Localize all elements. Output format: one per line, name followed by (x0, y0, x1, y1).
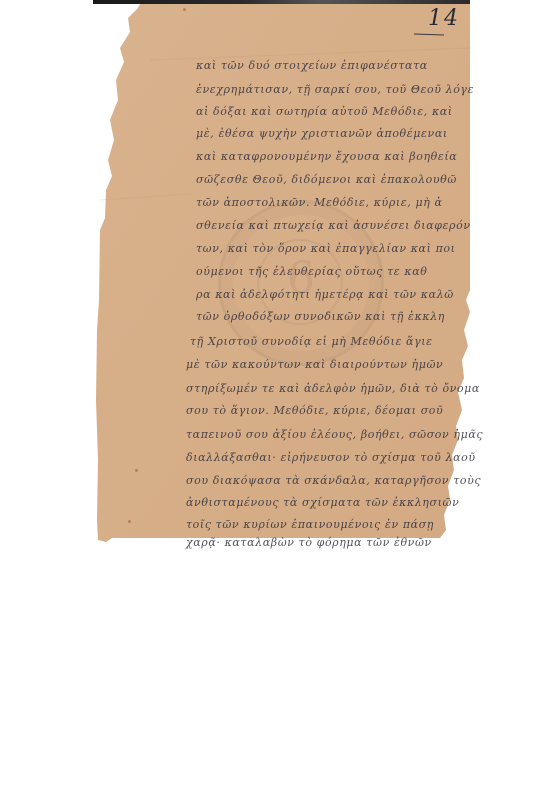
text-line: ἀνθισταμένους τὰ σχίσματα τῶν ἐκκλησιῶν (186, 496, 459, 509)
paper-sheet (0, 0, 549, 800)
text-line: ταπεινοῦ σου ἀξίου ἐλέους, βοήθει, σῶσον… (186, 428, 483, 441)
text-line: σῶζεσθε Θεοῦ, διδόμενοι καὶ ἐπακολουθῶ (196, 173, 457, 186)
text-line: τοῖς τῶν κυρίων ἐπαινουμένοις ἐν πάσῃ (186, 518, 434, 531)
text-line: καὶ καταφρονουμένην ἔχουσα καὶ βοηθεία (196, 150, 457, 163)
text-line: διαλλάξασθαι· εἰρήνευσον τὸ σχίσμα τοῦ λ… (186, 451, 476, 464)
text-line: αἱ δόξαι καὶ σωτηρία αὐτοῦ Μεθόδιε, καὶ (196, 105, 453, 118)
text-line: των, καὶ τὸν ὅρον καὶ ἐπαγγελίαν καὶ ποι (196, 242, 456, 255)
text-line: στηρίξωμέν τε καὶ ἀδελφὸν ἡμῶν, διὰ τὸ ὄ… (186, 382, 480, 395)
page-number: 14 (428, 6, 460, 31)
text-line: σου διακόψασα τὰ σκάνδαλα, καταργῆσον το… (186, 474, 481, 487)
text-line: τῇ Χριστοῦ συνοδίᾳ εἰ μὴ Μεθόδιε ἅγιε (190, 335, 433, 348)
text-line: ρα καὶ ἀδελφότητι ἡμετέρᾳ καὶ τῶν καλῶ (196, 288, 454, 301)
text-line: χαρᾷ· καταλαβὼν τὸ φόρημα τῶν ἐθνῶν (186, 536, 432, 549)
text-line: τῶν ὀρθοδόξων συνοδικῶν καὶ τῇ ἐκκλη (196, 310, 445, 323)
text-line: μὲ, ἐθέσα ψυχὴν χριστιανῶν ἀποθέμεναι (196, 127, 448, 140)
text-line: σθενεία καὶ πτωχείᾳ καὶ ἀσυνέσει διαφερό… (196, 219, 471, 232)
text-line: ἐνεχρημάτισαν, τῇ σαρκί σου, τοῦ Θεοῦ λό… (196, 83, 474, 96)
paper-spot (135, 469, 138, 472)
paper-spot (128, 520, 131, 523)
text-line: τῶν ἀποστολικῶν. Μεθόδιε, κύριε, μὴ ἀ (196, 196, 443, 209)
text-line: ούμενοι τῆς ἐλευθερίας οὕτως τε καθ (196, 265, 427, 278)
text-line: μὲ τῶν κακούντων καὶ διαιρούντων ἡμῶν (186, 358, 443, 371)
text-line: σου τὸ ἅγιον. Μεθόδιε, κύριε, δέομαι σοῦ (186, 404, 443, 417)
paper-spot (183, 8, 186, 11)
scan-top-edge (93, 0, 470, 4)
document-viewer: 6 14 καὶ τῶν δυό στοιχείων ἐπιφανέστατα … (0, 0, 549, 800)
text-line: καὶ τῶν δυό στοιχείων ἐπιφανέστατα (196, 59, 428, 72)
